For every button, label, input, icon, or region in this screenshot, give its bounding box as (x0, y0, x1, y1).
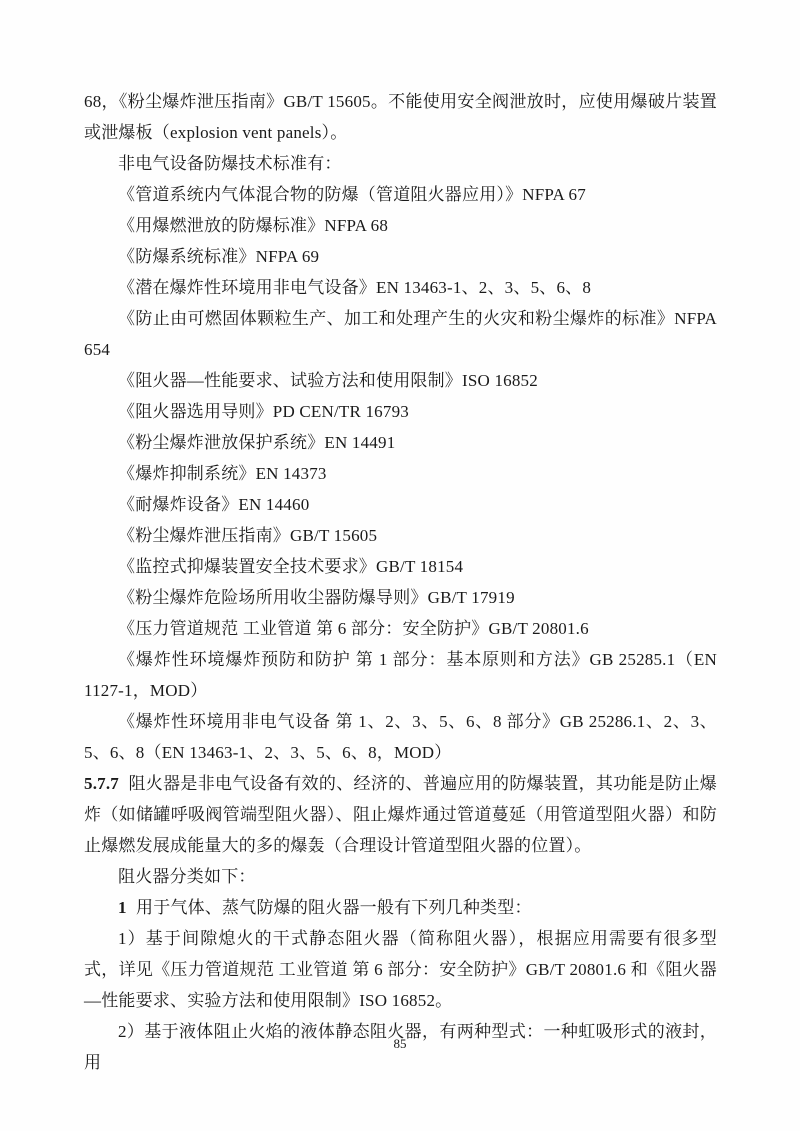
section-text: 阻火器是非电气设备有效的、经济的、普遍应用的防爆装置，其功能是防止爆炸（如储罐呼… (84, 774, 717, 855)
standard-item: 《防止由可燃固体颗粒生产、加工和处理产生的火灾和粉尘爆炸的标准》NFPA 654 (84, 303, 717, 365)
page-content: 68，《粉尘爆炸泄压指南》GB/T 15605。不能使用安全阀泄放时，应使用爆破… (84, 86, 717, 1078)
standard-item: 《耐爆炸设备》EN 14460 (84, 489, 717, 520)
paragraph-continued: 68，《粉尘爆炸泄压指南》GB/T 15605。不能使用安全阀泄放时，应使用爆破… (84, 86, 717, 148)
standard-item: 《粉尘爆炸危险场所用收尘器防爆导则》GB/T 17919 (84, 582, 717, 613)
classification-intro: 阻火器分类如下： (84, 861, 717, 892)
standard-item: 《用爆燃泄放的防爆标准》NFPA 68 (84, 210, 717, 241)
standard-item: 《阻火器选用导则》PD CEN/TR 16793 (84, 396, 717, 427)
standard-item: 《爆炸性环境用非电气设备 第 1、2、3、5、6、8 部分》GB 25286.1… (84, 706, 717, 768)
sub-item-1: 1）基于间隙熄火的干式静态阻火器（简称阻火器），根据应用需要有很多型式，详见《压… (84, 923, 717, 1016)
standard-item: 《爆炸抑制系统》EN 14373 (84, 458, 717, 489)
standard-item: 《压力管道规范 工业管道 第 6 部分：安全防护》GB/T 20801.6 (84, 613, 717, 644)
standard-item: 《管道系统内气体混合物的防爆（管道阻火器应用）》NFPA 67 (84, 179, 717, 210)
standard-item: 《监控式抑爆装置安全技术要求》GB/T 18154 (84, 551, 717, 582)
section-number: 5.7.7 (84, 774, 119, 793)
list-item-1: 1用于气体、蒸气防爆的阻火器一般有下列几种类型： (84, 892, 717, 923)
list-item-text: 用于气体、蒸气防爆的阻火器一般有下列几种类型： (136, 898, 532, 917)
standard-item: 《粉尘爆炸泄压指南》GB/T 15605 (84, 520, 717, 551)
standard-item: 《爆炸性环境爆炸预防和防护 第 1 部分：基本原则和方法》GB 25285.1（… (84, 644, 717, 706)
page-number: 85 (0, 1036, 800, 1052)
standard-item: 《粉尘爆炸泄放保护系统》EN 14491 (84, 427, 717, 458)
standard-item: 《防爆系统标准》NFPA 69 (84, 241, 717, 272)
standards-intro: 非电气设备防爆技术标准有： (84, 148, 717, 179)
list-item-number: 1 (118, 898, 127, 917)
standard-item: 《阻火器—性能要求、试验方法和使用限制》ISO 16852 (84, 365, 717, 396)
standard-item: 《潜在爆炸性环境用非电气设备》EN 13463-1、2、3、5、6、8 (84, 272, 717, 303)
document-page: 68，《粉尘爆炸泄压指南》GB/T 15605。不能使用安全阀泄放时，应使用爆破… (0, 0, 800, 1131)
section-5-7-7-paragraph: 5.7.7阻火器是非电气设备有效的、经济的、普遍应用的防爆装置，其功能是防止爆炸… (84, 768, 717, 861)
